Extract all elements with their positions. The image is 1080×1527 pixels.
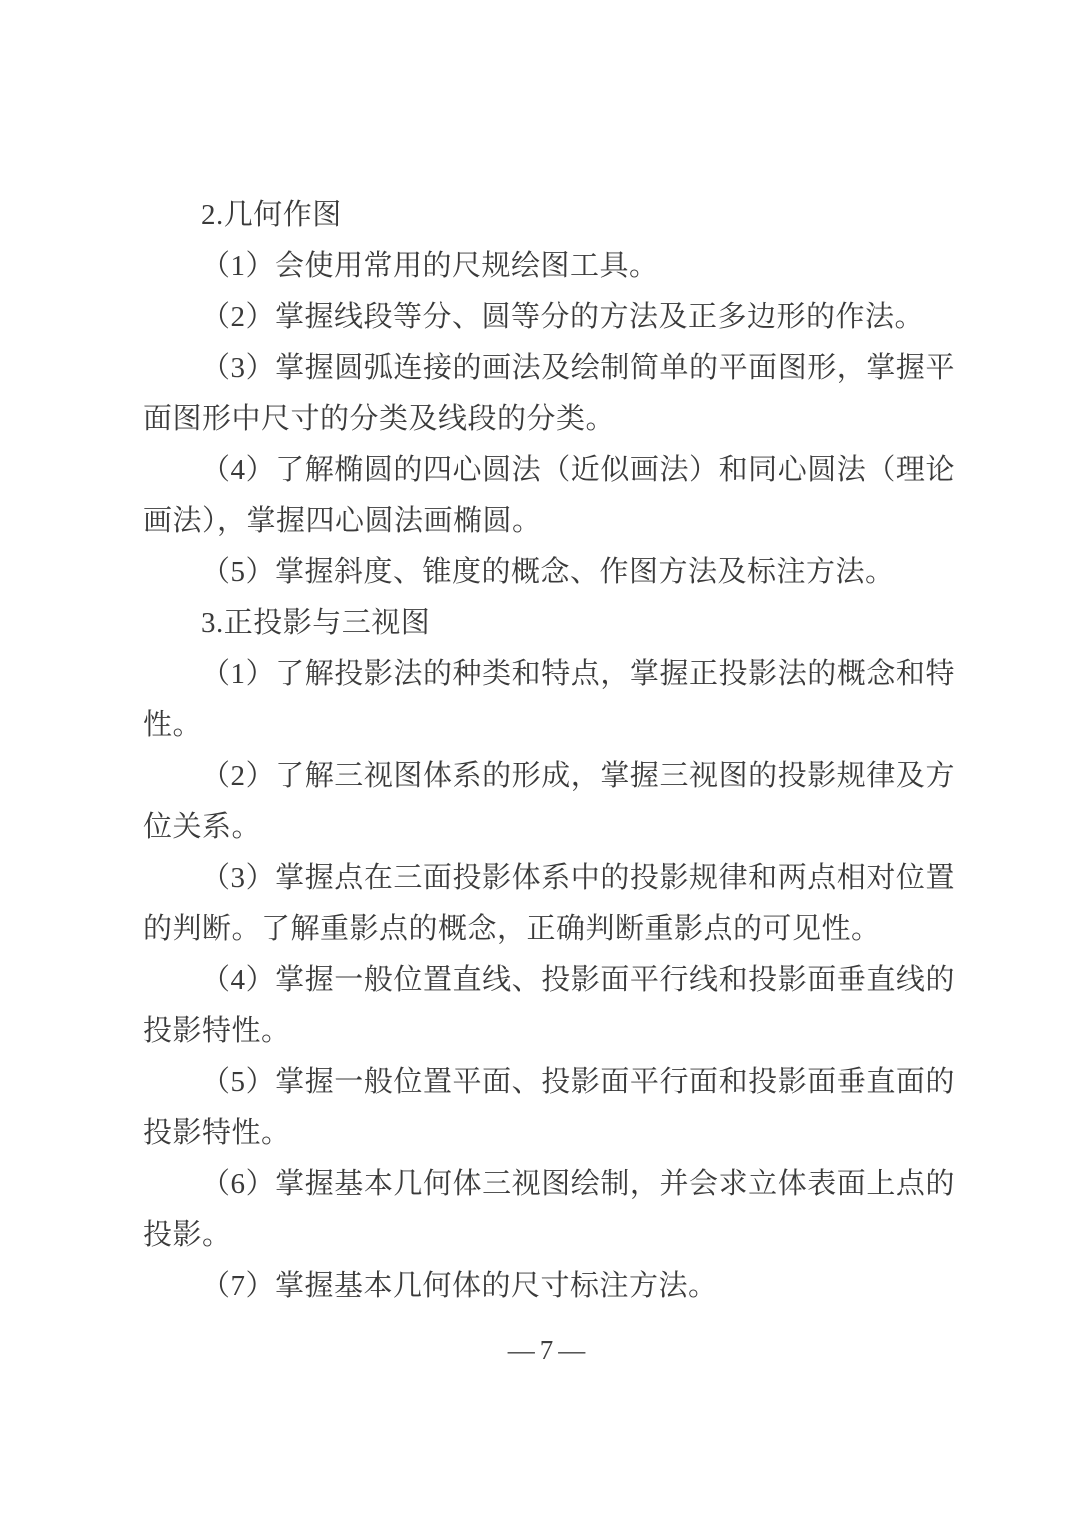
list-item: （5）掌握斜度、锥度的概念、作图方法及标注方法。 xyxy=(143,547,955,598)
section-heading-geometric-drawing: 2.几何作图 xyxy=(143,190,955,241)
document-page: 2.几何作图 （1）会使用常用的尺规绘图工具。 （2）掌握线段等分、圆等分的方法… xyxy=(0,0,1080,1527)
list-item: （4）掌握一般位置直线、投影面平行线和投影面垂直线的投影特性。 xyxy=(143,955,955,1057)
list-item: （6）掌握基本几何体三视图绘制，并会求立体表面上点的投影。 xyxy=(143,1159,955,1261)
list-item: （1）了解投影法的种类和特点，掌握正投影法的概念和特性。 xyxy=(143,649,955,751)
list-item: （5）掌握一般位置平面、投影面平行面和投影面垂直面的投影特性。 xyxy=(143,1057,955,1159)
section-heading-orthographic-projection: 3.正投影与三视图 xyxy=(143,598,955,649)
page-footer: —7— xyxy=(143,1328,955,1372)
list-item: （2）掌握线段等分、圆等分的方法及正多边形的作法。 xyxy=(143,292,955,343)
list-item: （3）掌握圆弧连接的画法及绘制简单的平面图形，掌握平面图形中尺寸的分类及线段的分… xyxy=(143,343,955,445)
list-item: （2）了解三视图体系的形成，掌握三视图的投影规律及方位关系。 xyxy=(143,751,955,853)
list-item: （4）了解椭圆的四心圆法（近似画法）和同心圆法（理论画法），掌握四心圆法画椭圆。 xyxy=(143,445,955,547)
list-item: （3）掌握点在三面投影体系中的投影规律和两点相对位置的判断。了解重影点的概念，正… xyxy=(143,853,955,955)
list-item: （1）会使用常用的尺规绘图工具。 xyxy=(143,241,955,292)
list-item: （7）掌握基本几何体的尺寸标注方法。 xyxy=(143,1261,955,1312)
document-content: 2.几何作图 （1）会使用常用的尺规绘图工具。 （2）掌握线段等分、圆等分的方法… xyxy=(143,190,955,1372)
page-number: —7— xyxy=(508,1335,591,1365)
